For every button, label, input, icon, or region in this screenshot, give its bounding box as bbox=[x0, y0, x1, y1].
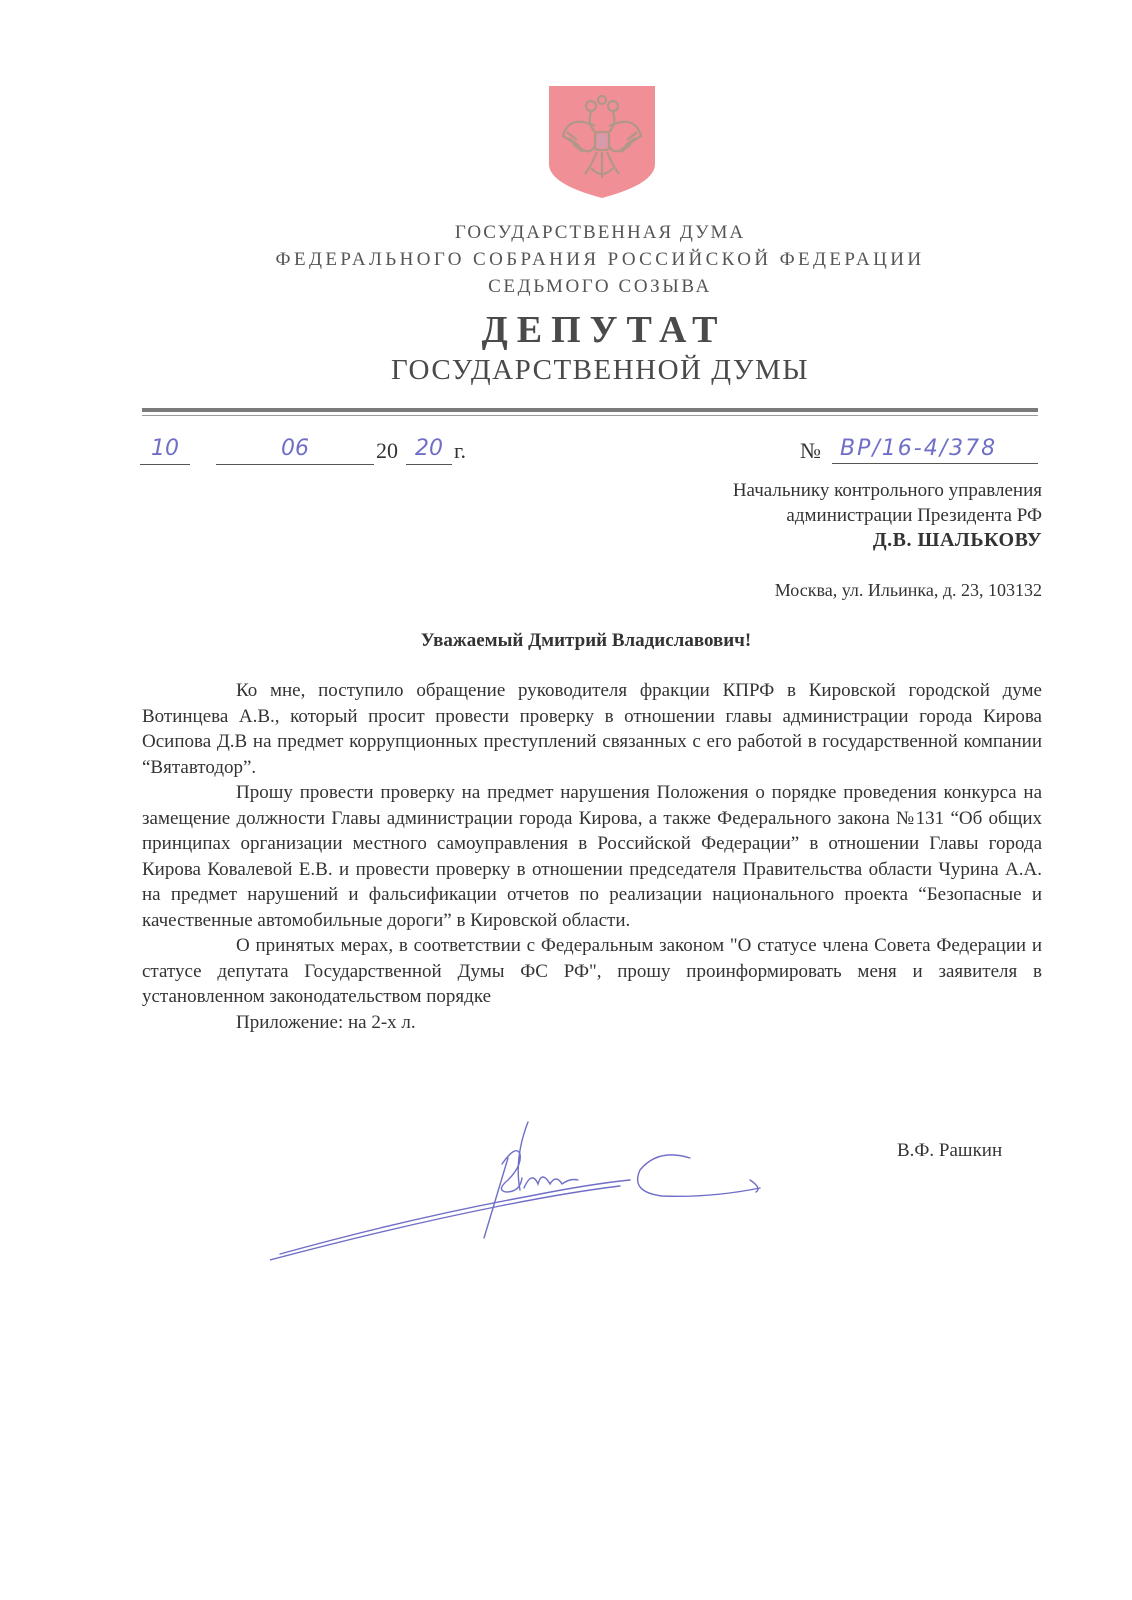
header-divider-thin bbox=[142, 415, 1038, 416]
header-subtitle-duma: ГОСУДАРСТВЕННОЙ ДУМЫ bbox=[34, 354, 1132, 387]
header-line-federal-assembly: ФЕДЕРАЛЬНОГО СОБРАНИЯ РОССИЙСКОЙ ФЕДЕРАЦ… bbox=[34, 249, 1132, 271]
signer-name: В.Ф. Рашкин bbox=[897, 1140, 1002, 1162]
handwritten-signature-icon bbox=[270, 1118, 770, 1268]
number-sign: № bbox=[800, 438, 821, 464]
body-paragraph: Прошу провести проверку на предмет наруш… bbox=[142, 780, 1042, 933]
letter-body: Ко мне, поступило обращение руководителя… bbox=[142, 678, 1042, 1035]
addressee-position: Начальнику контрольного управления bbox=[733, 478, 1042, 503]
addressee-block: Начальнику контрольного управления админ… bbox=[733, 478, 1042, 553]
coat-of-arms-emblem bbox=[547, 84, 657, 200]
body-paragraph: О принятых мерах, в соответствии с Федер… bbox=[142, 933, 1042, 1010]
attachment-note: Приложение: на 2-х л. bbox=[142, 1010, 1042, 1036]
date-month-field: 06 bbox=[216, 436, 374, 465]
header-line-convocation: СЕДЬМОГО СОЗЫВА bbox=[34, 276, 1132, 298]
addressee-address: Москва, ул. Ильинка, д. 23, 103132 bbox=[775, 580, 1042, 601]
body-paragraph: Ко мне, поступило обращение руководителя… bbox=[142, 678, 1042, 780]
header-divider-thick bbox=[142, 408, 1038, 412]
date-day-field: 10 bbox=[140, 436, 190, 465]
salutation: Уважаемый Дмитрий Владиславович! bbox=[0, 630, 1132, 652]
russian-coat-of-arms-icon bbox=[547, 84, 657, 200]
addressee-organization: администрации Президента РФ bbox=[733, 503, 1042, 528]
header-line-duma: ГОСУДАРСТВЕННАЯ ДУМА bbox=[34, 222, 1132, 244]
addressee-name: Д.В. ШАЛЬКОВУ bbox=[733, 528, 1042, 553]
date-year-field: 20 bbox=[406, 436, 452, 465]
header-title-deputy: ДЕПУТАТ bbox=[38, 308, 1132, 352]
reference-number-field: ВР/16-4/378 bbox=[832, 436, 1038, 464]
signature bbox=[270, 1118, 770, 1268]
date-year-suffix: г. bbox=[454, 438, 466, 464]
date-year-prefix: 20 bbox=[376, 438, 398, 464]
